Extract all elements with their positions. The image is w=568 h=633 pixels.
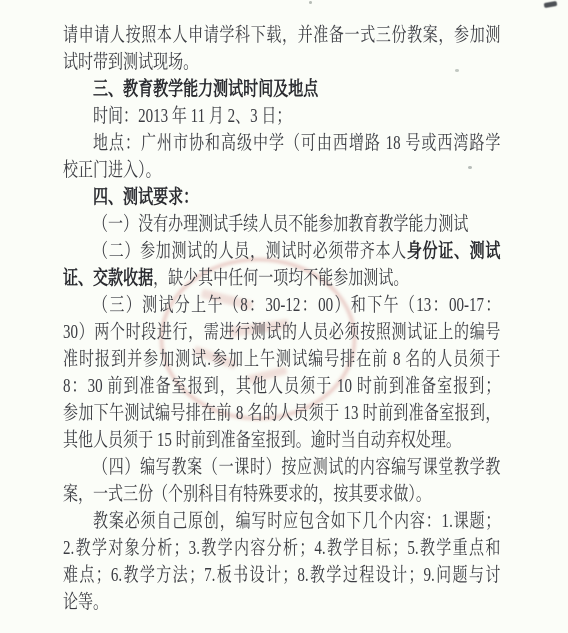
text-line: 准时报到并参加测试.参加上午测试编号排在前 8 名的人员须于 bbox=[63, 346, 500, 373]
text-segment: 地点：广州市协和高级中学（可由西增路 18 号或西湾路学 bbox=[93, 133, 500, 154]
text-segment: （四）编写教案（一课时）按应测试的内容编写课堂教学教 bbox=[93, 457, 500, 478]
text-line: （一）没有办理测试手续人员不能参加教育教学能力测试 bbox=[63, 211, 500, 238]
text-line: 论等。 bbox=[63, 589, 500, 616]
text-line: 试时带到测试现场。 bbox=[63, 49, 500, 76]
text-segment: 请申请人按照本人申请学科下载，并准备一式三份教案，参加测 bbox=[63, 25, 500, 46]
text-line: 参加下午测试编号排在前 8 名的人员须于 13 时前到准备室报到， bbox=[63, 400, 500, 427]
text-segment: 校正门进入）。 bbox=[63, 160, 161, 181]
text-segment: 案，一式三份（个别科目有特殊要求的，按其要求做）。 bbox=[63, 484, 431, 505]
text-segment: 8：30 前到准备室报到，其他人员须于 10 时前到准备室报到； bbox=[63, 376, 500, 397]
bold-text-segment: 身份证、测试 bbox=[407, 241, 500, 262]
text-line: 地点：广州市协和高级中学（可由西增路 18 号或西湾路学 bbox=[63, 130, 500, 157]
text-line: 四、测试要求： bbox=[63, 184, 500, 211]
text-segment: 难点；6.教学方法；7.板书设计；8.教学过程设计；9.问题与讨 bbox=[63, 565, 500, 586]
text-segment: 准时报到并参加测试.参加上午测试编号排在前 8 名的人员须于 bbox=[63, 349, 500, 370]
bold-text-segment: 三、教育教学能力测试时间及地点 bbox=[93, 79, 318, 100]
document-text-block: 请申请人按照本人申请学科下载，并准备一式三份教案，参加测试时带到测试现场。三、教… bbox=[63, 22, 500, 616]
text-line: 证、交款收据，缺少其中任何一项均不能参加测试。 bbox=[63, 265, 500, 292]
text-line: 其他人员须于 15 时前到准备室报到。逾时当自动弃权处理。 bbox=[63, 427, 500, 454]
text-line: 8：30 前到准备室报到，其他人员须于 10 时前到准备室报到； bbox=[63, 373, 500, 400]
text-line: 三、教育教学能力测试时间及地点 bbox=[63, 76, 500, 103]
text-segment: （二）参加测试的人员，测试时必须带齐本人 bbox=[93, 241, 407, 262]
text-line: （三）测试分上午（8：30-12：00）和下午（13：00-17： bbox=[63, 292, 500, 319]
text-segment: （三）测试分上午（8：30-12：00）和下午（13：00-17： bbox=[93, 295, 500, 316]
text-segment: 参加下午测试编号排在前 8 名的人员须于 13 时前到准备室报到， bbox=[63, 403, 500, 424]
text-segment: 30）两个时段进行，需进行测试的人员必须按照测试证上的编号 bbox=[63, 322, 500, 343]
text-line: 2.教学对象分析；3.教学内容分析；4.教学目标；5.教学重点和 bbox=[63, 535, 500, 562]
bold-text-segment: 四、测试要求： bbox=[93, 187, 198, 208]
text-segment: 2.教学对象分析；3.教学内容分析；4.教学目标；5.教学重点和 bbox=[63, 538, 500, 559]
text-line: （四）编写教案（一课时）按应测试的内容编写课堂教学教 bbox=[63, 454, 500, 481]
text-segment: 时间：2013 年 11 月 2、3 日； bbox=[93, 106, 291, 127]
text-segment: 其他人员须于 15 时前到准备室报到。逾时当自动弃权处理。 bbox=[63, 430, 461, 451]
document-page: 请申请人按照本人申请学科下载，并准备一式三份教案，参加测试时带到测试现场。三、教… bbox=[0, 0, 568, 633]
scan-speck bbox=[309, 1, 312, 4]
text-segment: 试时带到测试现场。 bbox=[63, 52, 198, 73]
scan-corner-smudge bbox=[544, 1, 558, 8]
text-segment: 教案必须自己原创，编写时应包含如下几个内容：1.课题； bbox=[93, 511, 500, 532]
text-line: 教案必须自己原创，编写时应包含如下几个内容：1.课题； bbox=[63, 508, 500, 535]
bold-text-segment: 证、交款收据 bbox=[63, 268, 153, 289]
text-line: 难点；6.教学方法；7.板书设计；8.教学过程设计；9.问题与讨 bbox=[63, 562, 500, 589]
text-line: 请申请人按照本人申请学科下载，并准备一式三份教案，参加测 bbox=[63, 22, 500, 49]
text-line: 案，一式三份（个别科目有特殊要求的，按其要求做）。 bbox=[63, 481, 500, 508]
text-line: 时间：2013 年 11 月 2、3 日； bbox=[63, 103, 500, 130]
text-segment: 论等。 bbox=[63, 592, 108, 613]
text-segment: （一）没有办理测试手续人员不能参加教育教学能力测试 bbox=[93, 214, 468, 235]
text-line: 30）两个时段进行，需进行测试的人员必须按照测试证上的编号 bbox=[63, 319, 500, 346]
text-line: （二）参加测试的人员，测试时必须带齐本人身份证、测试 bbox=[63, 238, 500, 265]
text-line: 校正门进入）。 bbox=[63, 157, 500, 184]
text-segment: ，缺少其中任何一项均不能参加测试。 bbox=[153, 268, 408, 289]
